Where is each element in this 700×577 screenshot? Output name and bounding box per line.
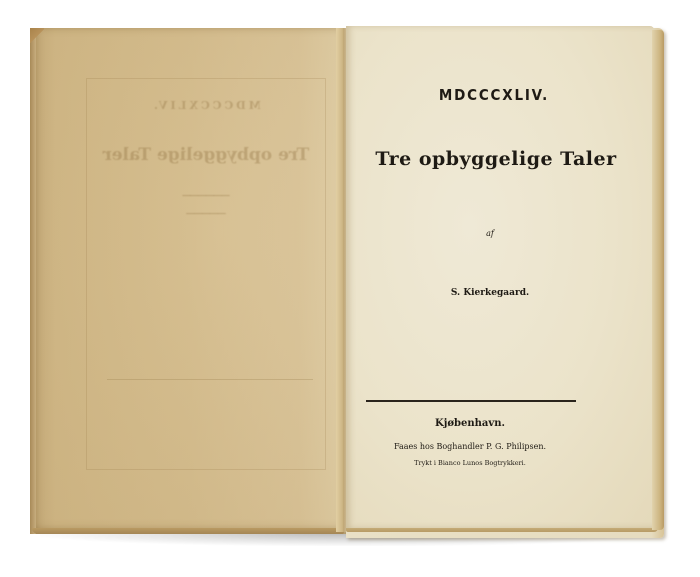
ghost-rule <box>107 379 313 380</box>
bookseller-line: Faaes hos Boghandler P. G. Philipsen. <box>316 442 624 451</box>
left-bottom-edge <box>32 528 344 534</box>
printer-line: Trykt i Bianco Lunos Bogtrykkeri. <box>316 459 624 467</box>
by-line: af <box>336 229 644 238</box>
ghost-line: ────── <box>87 189 325 204</box>
show-through-text: MDCCCXLIV. Tre opbyggelige Taler ────── … <box>86 78 326 470</box>
publication-place: Kjøbenhavn. <box>316 418 624 429</box>
publication-year: MDCCCXLIV. <box>355 86 632 104</box>
left-page: MDCCCXLIV. Tre opbyggelige Taler ────── … <box>30 28 346 534</box>
left-page-edge <box>30 28 36 534</box>
ghost-year: MDCCCXLIV. <box>87 99 325 112</box>
horizontal-rule <box>366 400 576 402</box>
folded-corner <box>30 28 44 44</box>
ghost-title: Tre opbyggelige Taler <box>87 145 325 165</box>
fore-edge <box>652 30 664 530</box>
ghost-line: ───── <box>87 207 325 222</box>
open-book: MDCCCXLIV. Tre opbyggelige Taler ────── … <box>0 0 700 577</box>
author-name: S. Kierkegaard. <box>336 288 644 298</box>
book-title: Tre opbyggelige Taler <box>342 148 650 170</box>
title-page: MDCCCXLIV. Tre opbyggelige Taler af S. K… <box>346 26 654 528</box>
